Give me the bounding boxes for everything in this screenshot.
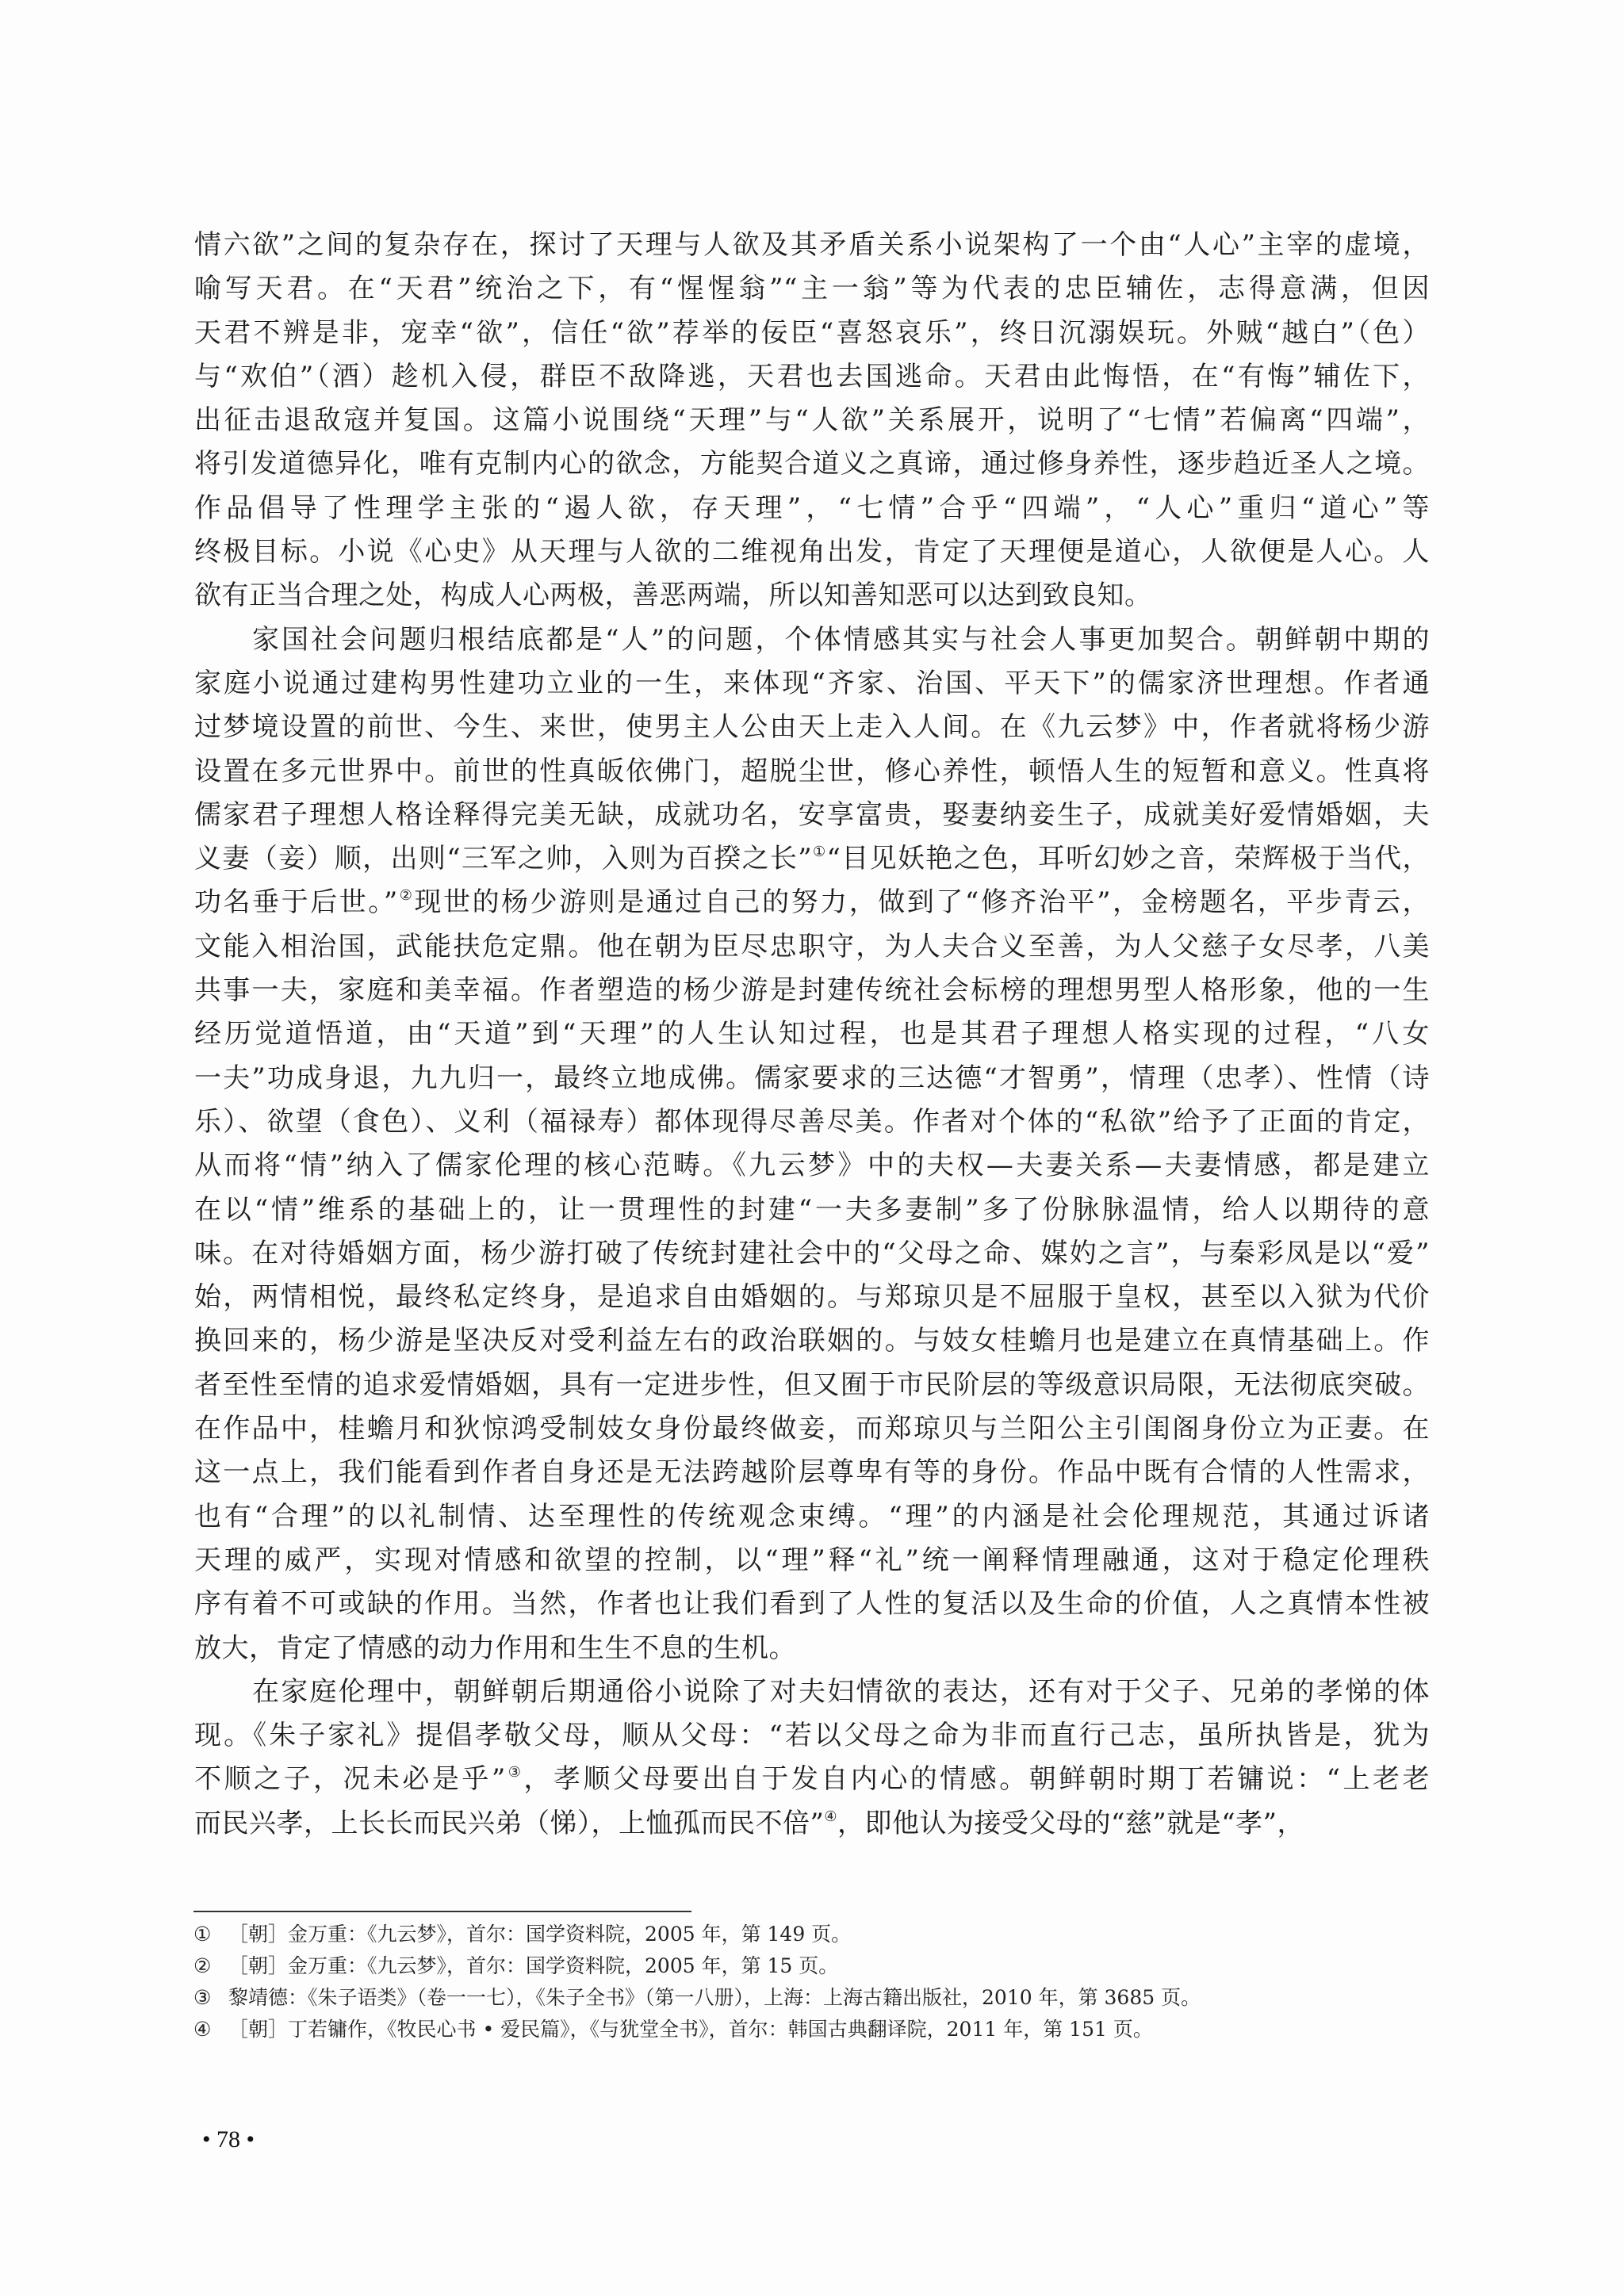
text-line: 从而将“情”纳入了儒家伦理的核心范畴。《九云梦》中的夫权—夫妻关系—夫妻情感，都… bbox=[194, 1144, 1430, 1188]
text-line: 终极目标。小说《心史》从天理与人欲的二维视角出发，肯定了天理便是道心，人欲便是人… bbox=[194, 530, 1430, 574]
text-line: 始，两情相悦，最终私定终身，是追求自由婚姻的。与郑琼贝是不屈服于皇权，甚至以入狱… bbox=[194, 1276, 1430, 1319]
footnote-text: ［朝］金万重：《九云梦》，首尔：国学资料院，2005 年，第 149 页。 bbox=[228, 1919, 851, 1950]
footnote-marker: ④ bbox=[193, 2014, 228, 2045]
text-line: 在作品中，桂蟾月和狄惊鸿受制妓女身份最终做妾，而郑琼贝与兰阳公主引闺阁身份立为正… bbox=[194, 1407, 1430, 1451]
page-number: • 78 • bbox=[202, 2126, 255, 2153]
text-line: 出征击退敌寇并复国。这篇小说围绕“天理”与“人欲”关系展开，说明了“七情”若偏离… bbox=[194, 399, 1430, 442]
text-line: 一夫”功成身退，九九归一，最终立地成佛。儒家要求的三达德“才智勇”，情理（忠孝）… bbox=[194, 1057, 1430, 1100]
document-page: 情六欲”之间的复杂存在，探讨了天理与人欲及其矛盾关系小说架构了一个由“人心”主宰… bbox=[0, 0, 1624, 2296]
text-line: 义妻（妾）顺，出则“三军之帅，入则为百揆之长”①“目见妖艳之色，耳听幻妙之音，荣… bbox=[194, 837, 1430, 881]
footnote-reference[interactable]: ② bbox=[398, 887, 415, 904]
footnote-marker: ② bbox=[193, 1950, 228, 1982]
text-line: 共事一夫，家庭和美幸福。作者塑造的杨少游是封建传统社会标榜的理想男型人格形象，他… bbox=[194, 969, 1430, 1012]
paragraph: 在家庭伦理中，朝鲜朝后期通俗小说除了对夫妇情欲的表达，还有对于父子、兄弟的孝悌的… bbox=[194, 1670, 1430, 1846]
text-line: 家庭小说通过建构男性建功立业的一生，来体现“齐家、治国、平天下”的儒家济世理想。… bbox=[194, 662, 1430, 706]
text-line: 在以“情”维系的基础上的，让一贯理性的封建“一夫多妻制”多了份脉脉温情，给人以期… bbox=[194, 1188, 1430, 1232]
text-line: 过梦境设置的前世、今生、来世，使男主人公由天上走入人间。在《九云梦》中，作者就将… bbox=[194, 706, 1430, 749]
body-text: 情六欲”之间的复杂存在，探讨了天理与人欲及其矛盾关系小说架构了一个由“人心”主宰… bbox=[194, 224, 1430, 1846]
text-line: 放大，肯定了情感的动力作用和生生不息的生机。 bbox=[194, 1627, 1430, 1670]
text-line: 欲有正当合理之处，构成人心两极，善恶两端，所以知善知恶可以达到致良知。 bbox=[194, 574, 1430, 618]
text-line: 天君不辨是非，宠幸“欲”，信任“欲”荐举的佞臣“喜怒哀乐”，终日沉溺娱玩。外贼“… bbox=[194, 312, 1430, 355]
text-line: 家国社会问题归根结底都是“人”的问题，个体情感其实与社会人事更加契合。朝鲜朝中期… bbox=[194, 618, 1430, 662]
text-line: 不顺之子，况未必是乎”③，孝顺父母要出自于发自内心的情感。朝鲜朝时期丁若镛说：“… bbox=[194, 1758, 1430, 1801]
text-line: 作品倡导了性理学主张的“遏人欲，存天理”，“七情”合乎“四端”，“人心”重归“道… bbox=[194, 487, 1430, 530]
text-line: 儒家君子理想人格诠释得完美无缺，成就功名，安享富贵，娶妻纳妾生子，成就美好爱情婚… bbox=[194, 794, 1430, 837]
footnotes: ①［朝］金万重：《九云梦》，首尔：国学资料院，2005 年，第 149 页。②［… bbox=[193, 1919, 1431, 2045]
text-line: 这一点上，我们能看到作者自身还是无法跨越阶层尊卑有等的身份。作品中既有合情的人性… bbox=[194, 1451, 1430, 1494]
footnote-item: ④［朝］丁若镛作，《牧民心书 • 爱民篇》，《与犹堂全书》，首尔：韩国古典翻译院… bbox=[193, 2014, 1431, 2045]
text-line: 设置在多元世界中。前世的性真皈依佛门，超脱尘世，修心养性，顿悟人生的短暂和意义。… bbox=[194, 750, 1430, 794]
text-line: 将引发道德异化，唯有克制内心的欲念，方能契合道义之真谛，通过修身养性，逐步趋近圣… bbox=[194, 442, 1430, 486]
text-line: 在家庭伦理中，朝鲜朝后期通俗小说除了对夫妇情欲的表达，还有对于父子、兄弟的孝悌的… bbox=[194, 1670, 1430, 1714]
text-line: 天理的威严，实现对情感和欲望的控制，以“理”释“礼”统一阐释情理融通，这对于稳定… bbox=[194, 1539, 1430, 1582]
text-line: 与“欢伯”（酒）趁机入侵，群臣不敌降逃，天君也去国逃命。天君由此悔悟，在“有悔”… bbox=[194, 355, 1430, 399]
footnote-item: ②［朝］金万重：《九云梦》，首尔：国学资料院，2005 年，第 15 页。 bbox=[193, 1950, 1431, 1982]
text-line: 也有“合理”的以礼制情、达至理性的传统观念束缚。“理”的内涵是社会伦理规范，其通… bbox=[194, 1495, 1430, 1539]
text-line: 现。《朱子家礼》提倡孝敬父母，顺从父母：“若以父母之命为非而直行己志，虽所执皆是… bbox=[194, 1714, 1430, 1758]
text-line: 序有着不可或缺的作用。当然，作者也让我们看到了人性的复活以及生命的价值，人之真情… bbox=[194, 1582, 1430, 1626]
text-line: 喻写天君。在“天君”统治之下，有“惺惺翁”“主一翁”等为代表的忠臣辅佐，志得意满… bbox=[194, 267, 1430, 311]
text-line: 情六欲”之间的复杂存在，探讨了天理与人欲及其矛盾关系小说架构了一个由“人心”主宰… bbox=[194, 224, 1430, 267]
text-line: 经历觉道悟道，由“天道”到“天理”的人生认知过程，也是其君子理想人格实现的过程，… bbox=[194, 1012, 1430, 1056]
footnote-reference[interactable]: ④ bbox=[824, 1808, 837, 1825]
footnote-text: 黎靖德：《朱子语类》（卷一一七），《朱子全书》（第一八册），上海：上海古籍出版社… bbox=[228, 1982, 1201, 2014]
text-line: 换回来的，杨少游是坚决反对受利益左右的政治联姻的。与妓女桂蟾月也是建立在真情基础… bbox=[194, 1319, 1430, 1363]
footnote-reference[interactable]: ① bbox=[812, 844, 826, 860]
text-line: 而民兴孝，上长长而民兴弟（悌），上恤孤而民不倍”④，即他认为接受父母的“慈”就是… bbox=[194, 1802, 1430, 1846]
paragraph: 家国社会问题归根结底都是“人”的问题，个体情感其实与社会人事更加契合。朝鲜朝中期… bbox=[194, 618, 1430, 1670]
footnote-reference[interactable]: ③ bbox=[506, 1764, 524, 1781]
paragraph: 情六欲”之间的复杂存在，探讨了天理与人欲及其矛盾关系小说架构了一个由“人心”主宰… bbox=[194, 224, 1430, 618]
text-line: 者至性至情的追求爱情婚姻，具有一定进步性，但又囿于市民阶层的等级意识局限，无法彻… bbox=[194, 1364, 1430, 1407]
text-line: 文能入相治国，武能扶危定鼎。他在朝为臣尽忠职守，为人夫合义至善，为人父慈子女尽孝… bbox=[194, 925, 1430, 969]
footnote-text: ［朝］丁若镛作，《牧民心书 • 爱民篇》，《与犹堂全书》，首尔：韩国古典翻译院，… bbox=[228, 2014, 1153, 2045]
footnote-item: ③黎靖德：《朱子语类》（卷一一七），《朱子全书》（第一八册），上海：上海古籍出版… bbox=[193, 1982, 1431, 2014]
footnote-marker: ③ bbox=[193, 1982, 228, 2014]
footnote-marker: ① bbox=[193, 1919, 228, 1950]
text-line: 功名垂于后世。”②现世的杨少游则是通过自己的努力，做到了“修齐治平”，金榜题名，… bbox=[194, 881, 1430, 924]
footnote-item: ①［朝］金万重：《九云梦》，首尔：国学资料院，2005 年，第 149 页。 bbox=[193, 1919, 1431, 1950]
text-line: 乐）、欲望（食色）、义利（福禄寿）都体现得尽善尽美。作者对个体的“私欲”给予了正… bbox=[194, 1100, 1430, 1144]
text-line: 味。在对待婚姻方面，杨少游打破了传统封建社会中的“父母之命、媒妁之言”，与秦彩凤… bbox=[194, 1232, 1430, 1276]
footnote-separator bbox=[193, 1911, 691, 1912]
footnote-text: ［朝］金万重：《九云梦》，首尔：国学资料院，2005 年，第 15 页。 bbox=[228, 1950, 838, 1982]
